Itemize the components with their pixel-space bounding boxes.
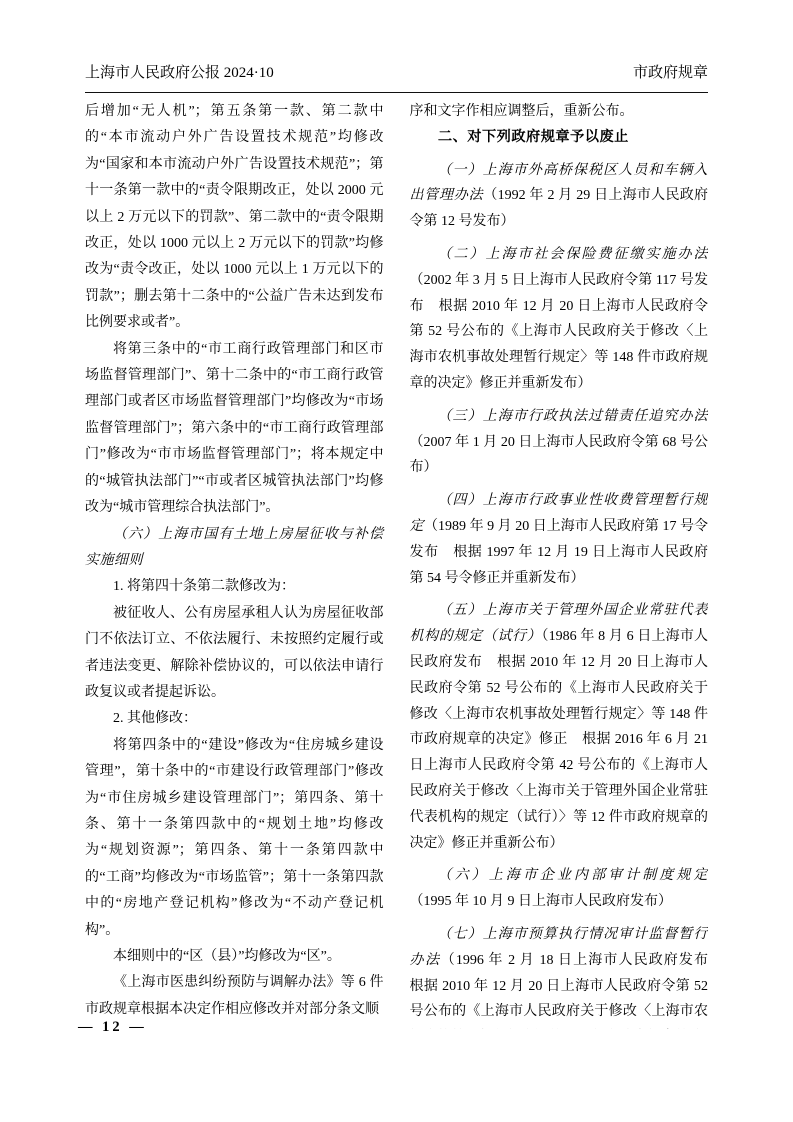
document-body: 后增加“无人机”；第五条第一款、第二款中的“本市流动户外广告设置技术规范”均修改…	[85, 99, 708, 1029]
header-section-label: 市政府规章	[633, 64, 708, 83]
body-paragraph: 后增加“无人机”；第五条第一款、第二款中的“本市流动户外广告设置技术规范”均修改…	[85, 99, 384, 337]
repealed-regulation-item: （一）上海市外高桥保税区人员和车辆入出管理办法（1992 年 2 月 29 日上…	[410, 158, 709, 235]
repealed-regulation-item: （六）上海市企业内部审计制度规定（1995 年 10 月 9 日上海市人民政府发…	[410, 863, 709, 915]
regulation-title-line: （六）上海市国有土地上房屋征收与补偿实施细则	[85, 522, 384, 575]
regulation-name: （三）上海市行政执法过错责任追究办法	[438, 409, 709, 424]
page-number: — 12 —	[78, 1019, 147, 1036]
numbered-clause: 2. 其他修改：	[85, 706, 384, 732]
body-paragraph: 将第三条中的“市工商行政管理部门和区市场监督管理部门”、第十二条中的“市工商行政…	[85, 337, 384, 522]
body-paragraph: 将第四条中的“建设”修改为“住房城乡建设管理”，第十条中的“市建设行政管理部门”…	[85, 733, 384, 944]
regulation-info: （1995 年 10 月 9 日上海市人民政府发布）	[410, 894, 673, 909]
body-paragraph: 被征收人、公有房屋承租人认为房屋征收部门不依法订立、不依法履行、未按照约定履行或…	[85, 601, 384, 707]
numbered-clause: 1. 将第四十条第二款修改为：	[85, 574, 384, 600]
body-paragraph: 《上海市医患纠纷预防与调解办法》等 6 件市政规章根据本决定作相应修改并对部分条…	[85, 970, 384, 1023]
body-paragraph: 本细则中的“区（县）”均修改为“区”。	[85, 944, 384, 970]
gazette-page: 上海市人民政府公报 2024·10 市政府规章 后增加“无人机”；第五条第一款、…	[0, 0, 793, 1122]
repealed-regulation-item: （二）上海市社会保险费征缴实施办法（2002 年 3 月 5 日上海市人民政府令…	[410, 242, 709, 397]
regulation-info: （1996 年 2 月 18 日上海市人民政府发布 根据 2010 年 12 月…	[410, 953, 709, 1029]
regulation-info: （2007 年 1 月 20 日上海市人民政府令第 68 号公布）	[410, 435, 709, 476]
regulation-info: （1986 年 8 月 6 日上海市人民政府发布 根据 2010 年 12 月 …	[410, 629, 709, 850]
regulation-info: （1989 年 9 月 20 日上海市人民政府第 17 号令发布 根据 1997…	[410, 519, 709, 586]
body-paragraph: 序和文字作相应调整后，重新公布。	[410, 99, 709, 125]
regulation-name: （六）上海市企业内部审计制度规定	[438, 868, 709, 883]
repealed-regulation-item: （五）上海市关于管理外国企业常驻代表机构的规定（试行）（1986 年 8 月 6…	[410, 598, 709, 856]
repealed-regulation-item: （四）上海市行政事业性收费管理暂行规定（1989 年 9 月 20 日上海市人民…	[410, 488, 709, 591]
section-heading: 二、对下列政府规章予以废止	[410, 125, 709, 151]
left-column: 后增加“无人机”；第五条第一款、第二款中的“本市流动户外广告设置技术规范”均修改…	[85, 99, 384, 1029]
page-header: 上海市人民政府公报 2024·10 市政府规章	[85, 64, 708, 93]
regulation-name: （二）上海市社会保险费征缴实施办法	[438, 247, 709, 262]
repealed-regulation-item: （七）上海市预算执行情况审计监督暂行办法（1996 年 2 月 18 日上海市人…	[410, 922, 709, 1029]
right-column: 序和文字作相应调整后，重新公布。 二、对下列政府规章予以废止 （一）上海市外高桥…	[410, 99, 709, 1029]
header-publication-title: 上海市人民政府公报 2024·10	[85, 64, 274, 83]
repealed-regulation-item: （三）上海市行政执法过错责任追究办法（2007 年 1 月 20 日上海市人民政…	[410, 404, 709, 481]
regulation-info: （2002 年 3 月 5 日上海市人民政府令第 117 号发布 根据 2010…	[410, 273, 709, 391]
